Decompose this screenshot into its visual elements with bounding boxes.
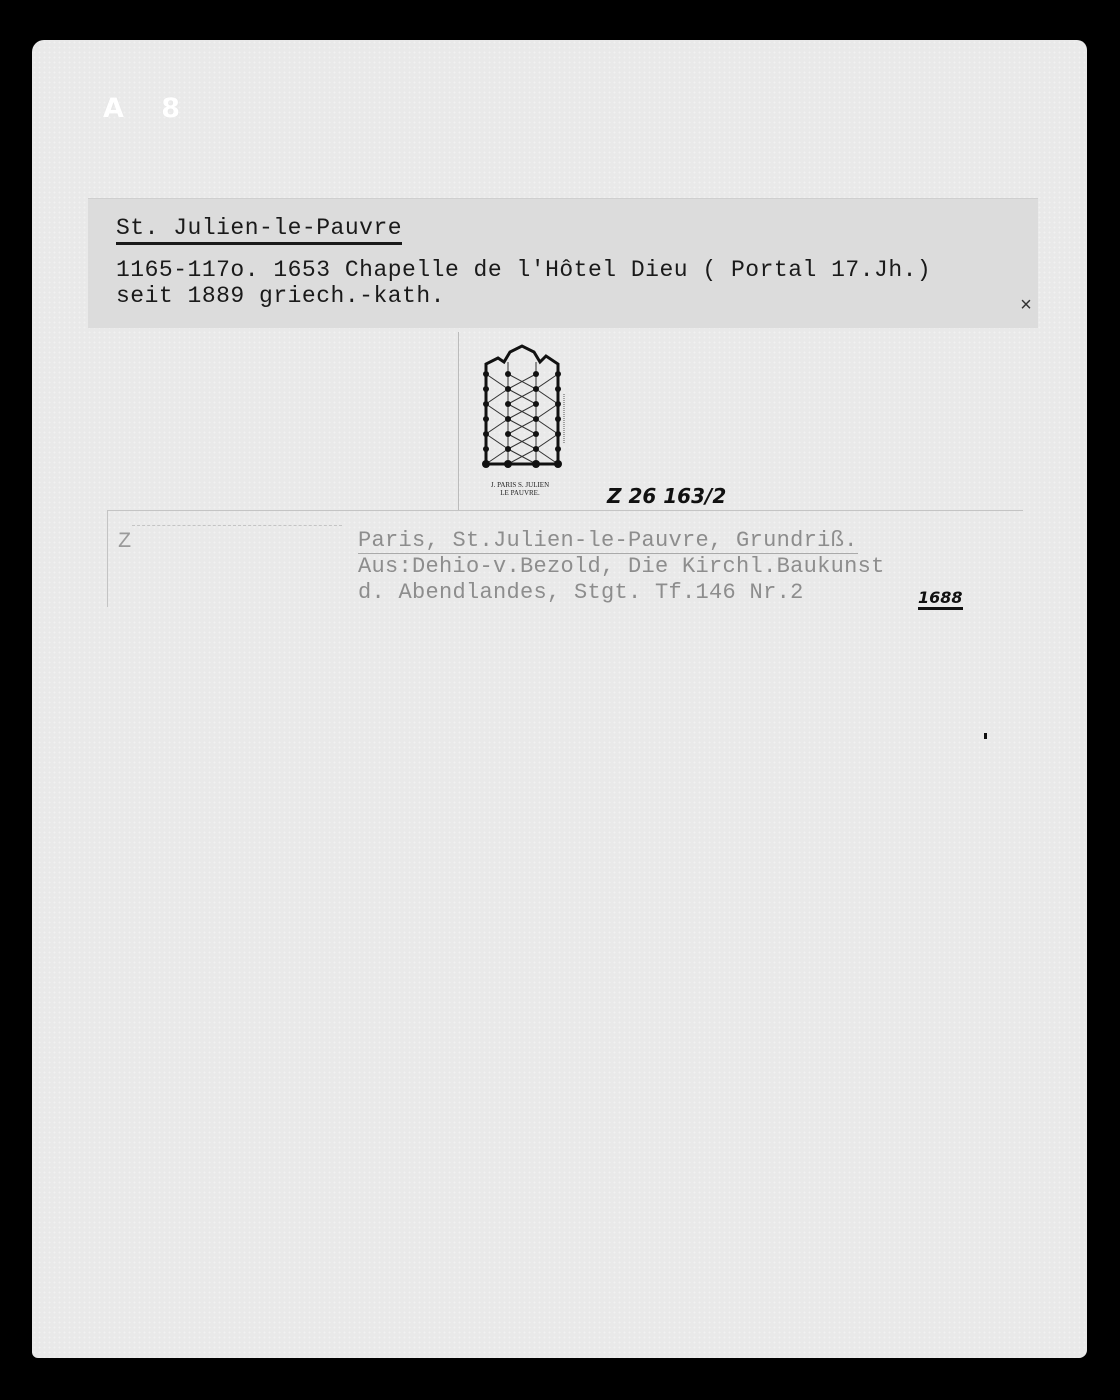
label-edge	[132, 525, 342, 526]
church-title: St. Julien-le-Pauvre	[116, 215, 402, 245]
history-line-1: 1165-117o. 1653 Chapelle de l'Hôtel Dieu…	[116, 257, 931, 283]
plate-caption: J. PARIS S. JULIEN LE PAUVRE.	[470, 481, 570, 497]
reference-line-3: d. Abendlandes, Stgt. Tf.146 Nr.2	[358, 580, 804, 605]
handwritten-reference: Z 26 163/2	[607, 484, 726, 508]
reference-line-2: Aus:Dehio-v.Bezold, Die Kirchl.Baukunst	[358, 554, 885, 579]
reference-line-1: Paris, St.Julien-le-Pauvre, Grundriß.	[358, 528, 858, 554]
cross-mark: ×	[1020, 295, 1032, 318]
ink-speck	[984, 733, 987, 739]
floor-plan-image	[478, 344, 568, 474]
reference-prefix: Z	[118, 529, 131, 554]
reference-label: Z Paris, St.Julien-le-Pauvre, Grundriß. …	[107, 510, 1023, 607]
handwritten-year: 1688	[918, 588, 963, 610]
history-line-2: seit 1889 griech.-kath.	[116, 283, 445, 309]
title-label: St. Julien-le-Pauvre 1165-117o. 1653 Cha…	[88, 198, 1038, 328]
card-stamp: A 8	[103, 93, 194, 124]
